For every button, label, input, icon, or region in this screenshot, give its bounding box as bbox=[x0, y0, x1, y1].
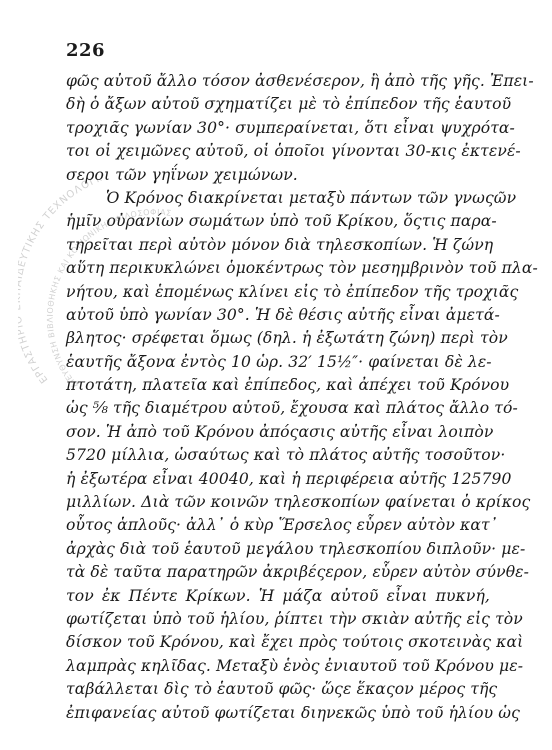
document-page: ΕΡΓΑΣΤΗΡΙΟ ΕΚΠΑΙΔΕΥΤΙΚΗΣ ΤΕΧΝΟΛΟΓΙΑΣ ΔΙΕ… bbox=[0, 0, 552, 750]
text-line: ἡ ἐξωτέρα εἶναι 40040, καὶ ἡ περιφέρεια … bbox=[66, 468, 490, 491]
text-line: ἀρχὰς διὰ τοῦ ἑαυτοῦ μεγάλου τηλεσκοπίου… bbox=[66, 538, 490, 561]
text-line: ἐπιφανείας αὐτοῦ φωτίζεται διηνεκῶς ὑπὸ … bbox=[66, 702, 490, 725]
text-line: τροχιᾶς γωνίαν 30°· συμπεραίνεται, ὅτι ε… bbox=[66, 117, 490, 140]
body-text: φῶς αὐτοῦ ἄλλο τόσον ἀσθενέσερον, ἢ ἀπὸ … bbox=[66, 70, 490, 725]
text-line: ὡς ⅝ τῆς διαμέτρου αὐτοῦ, ἔχουσα καὶ πλά… bbox=[66, 397, 490, 420]
text-line: μιλλίων. Διὰ τῶν κοινῶν τηλεσκοπίων φαίν… bbox=[66, 491, 490, 514]
text-line: βλητος· σρέφεται ὅμως (δηλ. ἡ ἐξωτάτη ζώ… bbox=[66, 327, 490, 350]
text-line: λαμπρὰς κηλῖδας. Μεταξὺ ἑνὸς ἐνιαυτοῦ το… bbox=[66, 655, 490, 678]
text-line: νήτου, καὶ ἑπομένως κλίνει εἰς τὸ ἐπίπεδ… bbox=[66, 281, 490, 304]
text-line: 5720 μίλλια, ὡσαύτως καὶ τὸ πλάτος αὐτῆς… bbox=[66, 444, 490, 467]
page-number: 226 bbox=[66, 40, 105, 61]
text-line: πτοτάτη, πλατεῖα καὶ ἐπίπεδος, καὶ ἀπέχε… bbox=[66, 374, 490, 397]
text-line: φωτίζεται ὑπὸ τοῦ ἡλίου, ῥίπτει τὴν σκιὰ… bbox=[66, 608, 490, 631]
text-line: δὴ ὁ ἄξων αὐτοῦ σχηματίζει μὲ τὸ ἐπίπεδο… bbox=[66, 93, 490, 116]
text-line: τον ἐκ Πέντε Κρίκων. Ἡ μάζα αὐτοῦ εἶναι … bbox=[66, 585, 490, 608]
text-line: φῶς αὐτοῦ ἄλλο τόσον ἀσθενέσερον, ἢ ἀπὸ … bbox=[66, 70, 490, 93]
text-line: τοι οἱ χειμῶνες αὐτοῦ, οἱ ὁποῖοι γίνοντα… bbox=[66, 140, 490, 163]
text-line: δίσκον τοῦ Κρόνου, καὶ ἔχει πρὸς τούτοις… bbox=[66, 631, 490, 654]
text-line-paragraph-end: σεροι τῶν γηΐνων χειμώνων. bbox=[66, 164, 490, 187]
text-line: αὕτη περικυκλώνει ὁμοκέντρως τὸν μεσημβρ… bbox=[66, 257, 490, 280]
text-line: τηρεῖται περὶ αὐτὸν μόνον διὰ τηλεσκοπίω… bbox=[66, 234, 490, 257]
text-line: ταβάλλεται δὶς τὸ ἑαυτοῦ φῶς· ὥςε ἕκαςον… bbox=[66, 678, 490, 701]
text-line: ἡμῖν οὐρανίων σωμάτων ὑπὸ τοῦ Κρίκου, ὅς… bbox=[66, 210, 490, 233]
text-line: οὗτος ἁπλοῦς· ἀλλ᾽ ὁ κὺρ Ἕρσελος εὗρεν α… bbox=[66, 514, 490, 537]
text-line: τὰ δὲ ταῦτα παρατηρῶν ἀκριβέςερον, εὗρεν… bbox=[66, 561, 490, 584]
text-line: σον. Ἡ ἀπὸ τοῦ Κρόνου ἀπόςασις αὐτῆς εἶν… bbox=[66, 421, 490, 444]
text-line-paragraph-start: Ὁ Κρόνος διακρίνεται μεταξὺ πάντων τῶν γ… bbox=[66, 187, 490, 210]
text-line: ἑαυτῆς ἄξονα ἐντὸς 10 ὡρ. 32′ 15½″· φαίν… bbox=[66, 351, 490, 374]
text-line: αὐτοῦ ὑπὸ γωνίαν 30°. Ἡ δὲ θέσις αὐτῆς ε… bbox=[66, 304, 490, 327]
